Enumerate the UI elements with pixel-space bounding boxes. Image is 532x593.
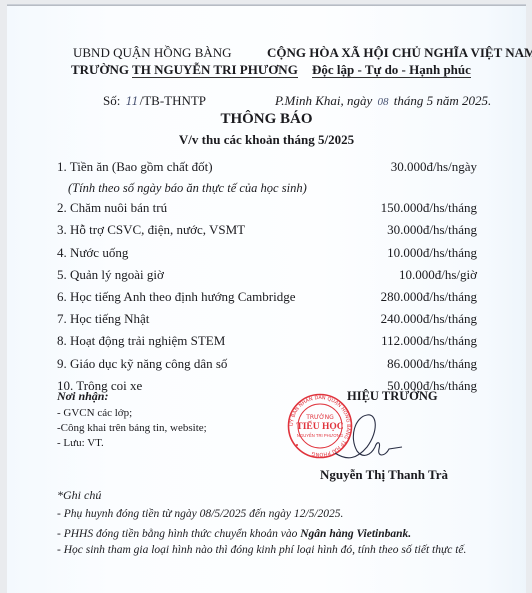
place-and-date: P.Minh Khai, ngày 08 tháng 5 năm 2025. [275,93,491,109]
fee-row: 7. Học tiếng Nhật240.000đ/hs/tháng [57,311,477,333]
school-name-underlined: TH NGUYỄN TRI PHƯƠNG [132,62,298,78]
note-item: - Phụ huynh đóng tiền từ ngày 08/5/2025 … [57,508,343,520]
recipient-item: -Công khai trên bảng tin, website; [57,422,207,434]
fee-value: 240.000đ/hs/tháng [381,311,477,327]
top-edge-line [7,5,526,6]
principal-title: HIỆU TRƯỞNG [347,389,438,404]
national-motto: Độc lập - Tự do - Hạnh phúc [312,62,471,78]
fee-label: 2. Chăm nuôi bán trú [57,200,167,216]
fee-label: 8. Hoạt động trải nghiệm STEM [57,333,225,349]
fee-row: 1. Tiền ăn (Bao gồm chất đốt)30.000đ/hs/… [57,159,477,181]
note-text: - PHHS đóng tiền bằng hình thức chuyển k… [57,528,300,540]
fee-row: 4. Nước uống10.000đ/hs/tháng [57,245,477,267]
fee-note: (Tính theo số ngày báo ăn thực tế của họ… [57,181,477,200]
document-number: Số: 11/TB-THNTP [103,93,206,109]
fee-label: 4. Nước uống [57,245,128,261]
place-date-prefix: P.Minh Khai, ngày [275,93,372,108]
document-title: THÔNG BÁO [7,111,526,128]
fee-value: 86.000đ/hs/tháng [387,356,477,372]
fee-row: 5. Quản lý ngoài giờ10.000đ/hs/giờ [57,267,477,289]
fee-label: 6. Học tiếng Anh theo định hướng Cambrid… [57,289,296,305]
note-item: - PHHS đóng tiền bằng hình thức chuyển k… [57,528,411,540]
document-page: UBND QUẬN HỒNG BÀNG TRƯỜNG TH NGUYỄN TRI… [7,4,526,593]
principal-name: Nguyễn Thị Thanh Trà [320,467,448,483]
fee-row: 8. Hoạt động trải nghiệm STEM112.000đ/hs… [57,333,477,355]
fee-value: 30.000đ/hs/tháng [387,222,477,238]
fee-value: 10.000đ/hs/tháng [387,245,477,261]
place-date-suffix: tháng 5 năm 2025. [394,93,492,108]
doc-number-suffix: /TB-THNTP [140,93,206,108]
doc-number-handwritten: 11 [126,95,138,108]
fee-label: 3. Hỗ trợ CSVC, điện, nước, VSMT [57,222,245,238]
fee-value: 112.000đ/hs/tháng [381,333,477,349]
fee-value: 30.000đ/hs/ngày [391,159,477,175]
fee-label: 7. Học tiếng Nhật [57,311,149,327]
recipients-title: Nơi nhận: [57,389,108,404]
fee-value: 280.000đ/hs/tháng [381,289,477,305]
national-motto-text: Độc lập - Tự do - Hạnh phúc [312,62,471,78]
place-date-day-handwritten: 08 [378,96,389,108]
signature-icon [327,401,427,471]
national-title: CỘNG HÒA XÃ HỘI CHỦ NGHĨA VIỆT NAM [267,45,532,61]
note-item: - Học sinh tham gia loại hình nào thì đó… [57,544,466,556]
fee-label: 9. Giáo dục kỹ năng công dân số [57,356,227,372]
doc-number-prefix: Số: [103,93,120,108]
fee-row: 3. Hỗ trợ CSVC, điện, nước, VSMT30.000đ/… [57,222,477,244]
fee-label: 1. Tiền ăn (Bao gồm chất đốt) [57,159,213,175]
notes-title: *Ghi chú [57,488,101,503]
school-name-prefix: TRƯỜNG [71,62,132,77]
school-name: TRƯỜNG TH NGUYỄN TRI PHƯƠNG [71,62,298,78]
recipient-item: - Lưu: VT. [57,437,104,449]
document-subtitle: V/v thu các khoản tháng 5/2025 [7,132,526,148]
recipient-item: - GVCN các lớp; [57,407,132,419]
fee-label: 5. Quản lý ngoài giờ [57,267,164,283]
fee-row: 9. Giáo dục kỹ năng công dân số86.000đ/h… [57,356,477,378]
fee-value: 150.000đ/hs/tháng [381,200,477,216]
fee-value: 10.000đ/hs/giờ [399,267,477,283]
fee-row: 2. Chăm nuôi bán trú150.000đ/hs/tháng [57,200,477,222]
fee-row: 6. Học tiếng Anh theo định hướng Cambrid… [57,289,477,311]
fee-list: 1. Tiền ăn (Bao gồm chất đốt)30.000đ/hs/… [57,159,477,400]
bank-name: Ngân hàng Vietinbank. [300,528,411,540]
